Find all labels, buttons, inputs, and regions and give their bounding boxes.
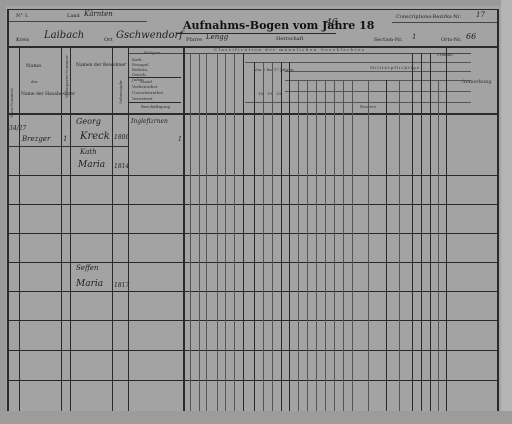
row-line-1 [7,175,497,176]
pfarre-label: Pfarre [186,38,202,43]
col-c19 [352,80,353,411]
row-line-6 [7,320,497,321]
col-house [19,46,20,411]
entry-owner: Brezger [22,136,50,143]
header-sub-rule-3 [285,80,471,81]
col-c6 [234,53,235,411]
col-c17 [334,80,335,411]
row-line-7 [7,350,497,351]
paper-bottom-edge [0,411,512,424]
conscription-rule [392,22,497,23]
header-sub-rule-2 [285,71,471,72]
classification-header: Classification der männlichen Geschlecht… [214,48,366,52]
header-rule-1 [7,21,147,22]
col-c8 [254,62,255,411]
ort-label: Ort [104,38,113,43]
col-c18 [343,80,344,411]
col-resident [112,46,113,411]
herrschaft-label: Herrschaft [276,37,304,42]
frame-top [7,9,497,10]
entry-2-first: Kath [80,149,97,156]
owner-header: Name der Hausbesitzer [21,93,61,98]
col-occupation [183,46,185,411]
entry-household: 1 [63,136,67,143]
header-stand-rule [128,77,181,78]
section-label: Section-Nr. [374,38,403,43]
col-c14 [307,80,308,411]
col-c22 [399,80,400,411]
col-household [70,46,71,411]
col-c2 [199,53,200,411]
orts-value: 66 [466,33,476,41]
col-c12 [289,62,290,411]
col-birth [128,46,129,411]
orts-label: Orts-Nr. [441,38,462,43]
kreis-label: Kreis [16,38,29,43]
entry-1-first: Georg [76,118,101,126]
section-value: 1 [412,34,416,41]
census-sheet: N° 1. Land Kärnten Aufnahms-Bogen vom Ja… [0,0,512,424]
entry-1-mark: 1 [178,137,182,143]
entry-house-no: 34/27 [9,126,26,132]
col-c16 [325,80,326,411]
entry-1-occupation: Inglefizrnen [131,119,168,125]
conscription-value: 17 [476,12,485,19]
header-sub-rule-1 [245,62,471,63]
entry-1-year: 1806 [114,135,129,141]
birth-year-header: Geburtsjahr [118,80,123,104]
header-occ-rule [128,102,181,103]
owner-header-2: der [31,80,38,84]
col-c25 [430,53,431,411]
land-value: Kärnten [84,11,113,18]
col-c5 [225,53,226,411]
ort-value: Gschwendorf [116,31,183,41]
col-remarks [446,46,447,411]
resident-header: Namen der Bewohner [76,64,126,69]
col-c1 [190,53,191,411]
entry-2-last: Maria [78,161,105,170]
col-c15 [316,80,317,411]
land-label: Land [67,14,80,19]
pfarre-value: Lengg [206,34,228,41]
year-suffix: 46 [326,19,337,28]
entry-2-year: 1814 [114,164,129,170]
row-line-8 [7,380,497,381]
frame-right [497,9,499,411]
row-sub-line [7,146,129,147]
col-c26 [438,80,439,411]
sheet-number: N° 1. [16,14,29,19]
col-c20 [368,80,369,411]
col-c9 [263,62,264,411]
paper-edge [501,0,512,424]
col-c21 [386,80,387,411]
header-sub-rule-4 [285,91,471,92]
row-line-5 [7,291,497,292]
col-c10 [272,62,273,411]
col-c7 [243,53,244,411]
col-c11 [281,62,282,411]
form-title: Aufnahms-Bogen vom Jahre 18 [183,20,374,31]
col-c23 [412,53,413,411]
col-c13 [298,80,299,411]
kreis-value: Laibach [44,31,84,41]
household-no-header: Wohnpartei-Nummer [64,55,69,98]
row-line-2 [7,204,497,205]
entry-3-year: 1817 [114,283,129,289]
entry-3-last: Maria [76,280,103,289]
entry-3-first: Seffen [76,265,99,272]
conscription-label: Conscriptions-Bezirks-Nr. [396,15,461,20]
col-owner [61,46,62,411]
col-c3 [206,53,207,411]
occupation-header: Beschäftigung [141,105,170,109]
entry-1-last: Kreck [80,132,110,142]
header-religion-rule [128,53,181,54]
row-line-3 [7,233,497,234]
col-c4 [217,53,218,411]
owner-header-1: Name [26,64,41,69]
title-underline [176,33,336,34]
row-line-4 [7,262,497,263]
header-bottom [7,113,497,115]
col-c24 [421,53,422,411]
